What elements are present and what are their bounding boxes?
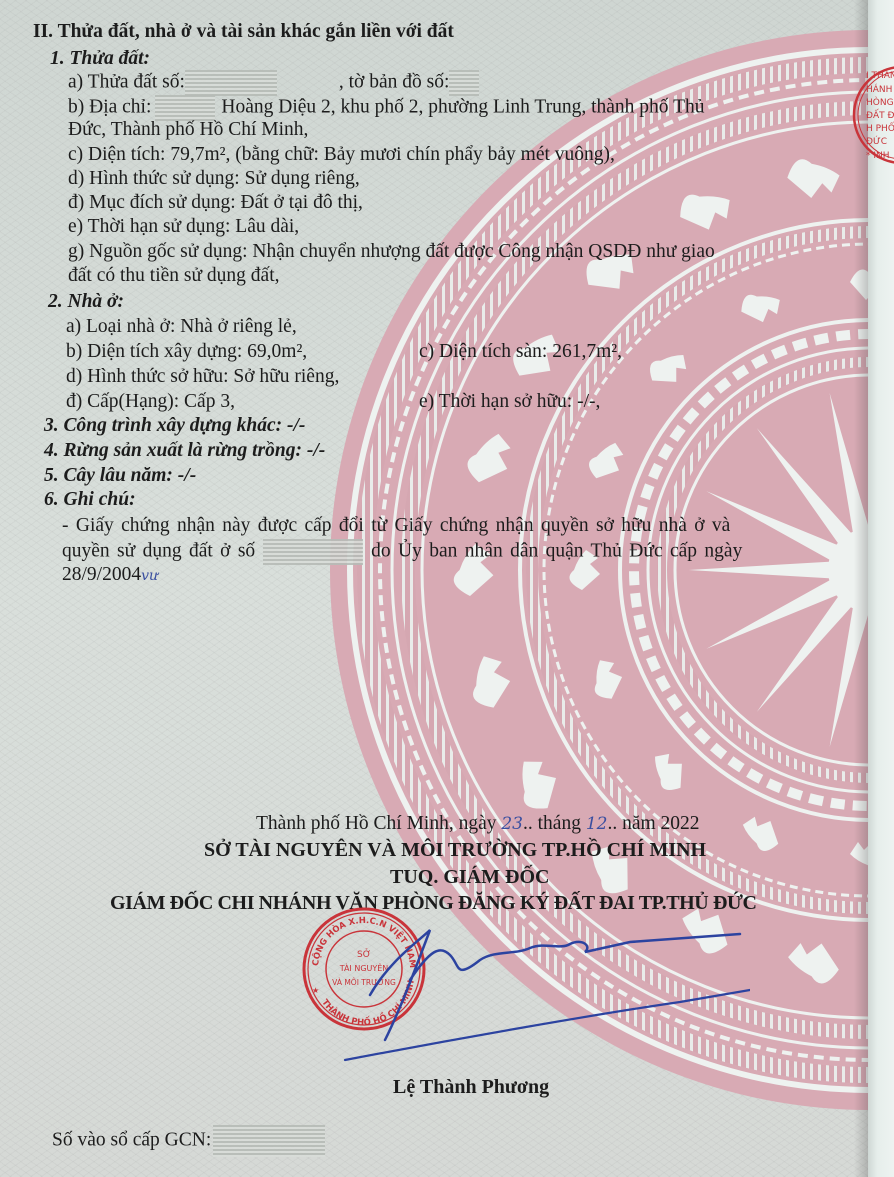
notes-line3: 28/9/2004vư	[62, 563, 158, 588]
place-date-prefix: Thành phố Hồ Chí Minh, ngày	[256, 813, 496, 834]
handwritten-day: 23	[501, 814, 523, 834]
house-ownership-term: e) Thời hạn sở hữu: -/-,	[419, 390, 600, 414]
land-use-purpose: đ) Mục đích sử dụng: Đất ở tại đô thị,	[68, 191, 363, 215]
redacted-map-sheet	[449, 70, 479, 96]
notes-heading: 6. Ghi chú:	[44, 488, 136, 512]
land-origin: g) Nguồn gốc sử dụng: Nhận chuyển nhượng…	[68, 240, 715, 264]
redacted-old-certificate-number	[263, 539, 363, 565]
svg-text:H PHỐ: H PHỐ	[866, 121, 894, 134]
on-behalf-title: TUQ. GIÁM ĐỐC	[390, 865, 549, 889]
month-label: tháng	[538, 813, 581, 834]
registry-label: Số vào sổ cấp GCN:	[52, 1129, 211, 1150]
notes-line2-end: do Ủy ban nhân dân quận Thủ Đức cấp ngày	[371, 540, 742, 561]
house-ownership-form: d) Hình thức sở hữu: Sở hữu riêng,	[66, 365, 339, 389]
svg-text:★: ★	[312, 986, 319, 995]
year-label: năm 2022	[622, 813, 699, 834]
house-grade: đ) Cấp(Hạng): Cấp 3,	[66, 390, 235, 414]
signing-place-date: Thành phố Hồ Chí Minh, ngày 23.. tháng 1…	[256, 812, 700, 836]
handwritten-signature	[330, 920, 750, 1080]
map-sheet-label: , tờ bản đồ số:	[339, 71, 450, 92]
svg-text:I THÀN: I THÀN	[866, 69, 894, 81]
svg-text:HÒNG: HÒNG	[866, 96, 894, 108]
registry-number: Số vào sổ cấp GCN:	[52, 1125, 325, 1157]
house-construction-area: b) Diện tích xây dựng: 69,0m²,	[66, 340, 307, 364]
handwritten-initials: vư	[141, 568, 158, 584]
house-floor-area: c) Diện tích sàn: 261,7m²,	[419, 340, 622, 364]
production-forest: 4. Rừng sản xuất là rừng trồng: -/-	[44, 439, 325, 463]
section-title: II. Thửa đất, nhà ở và tài sản khác gắn …	[33, 20, 454, 44]
svg-text:ĐẤT Đ: ĐẤT Đ	[866, 109, 894, 121]
certificate-page: II. Thửa đất, nhà ở và tài sản khác gắn …	[0, 0, 868, 1177]
land-heading: 1. Thửa đất:	[50, 47, 150, 71]
redacted-parcel-number	[185, 70, 277, 96]
house-type: a) Loại nhà ở: Nhà ở riêng lẻ,	[66, 315, 297, 339]
handwritten-month: 12	[586, 814, 608, 834]
issuing-authority: SỞ TÀI NGUYÊN VÀ MÔI TRƯỜNG TP.HỒ CHÍ MI…	[204, 838, 706, 862]
address-label: b) Địa chỉ:	[68, 96, 151, 117]
land-address-line2: Đức, Thành phố Hồ Chí Minh,	[68, 118, 308, 142]
land-parcel-number: a) Thửa đất số:, tờ bản đồ số:	[68, 70, 479, 96]
land-area: c) Diện tích: 79,7m², (bằng chữ: Bảy mươ…	[68, 143, 615, 167]
signer-position: GIÁM ĐỐC CHI NHÁNH VĂN PHÒNG ĐĂNG KÝ ĐẤT…	[110, 891, 757, 915]
land-use-term: e) Thời hạn sử dụng: Lâu dài,	[68, 215, 299, 239]
adjacent-page-edge	[866, 0, 894, 1177]
land-origin-line2: đất có thu tiền sử dụng đất,	[68, 264, 280, 288]
svg-text:* INH: * INH	[866, 151, 890, 161]
svg-text:HÁNH: HÁNH	[866, 83, 892, 95]
notes-line2: quyền sử dụng đất ở sốdo Ủy ban nhân dân…	[62, 539, 742, 565]
other-works: 3. Công trình xây dựng khác: -/-	[44, 414, 305, 438]
redacted-registry-number	[213, 1125, 325, 1157]
land-use-form: d) Hình thức sử dụng: Sử dụng riêng,	[68, 167, 360, 191]
address-value: Hoàng Diệu 2, khu phố 2, phường Linh Tru…	[221, 96, 704, 117]
old-issue-date: 28/9/2004	[62, 564, 141, 585]
perennial-trees: 5. Cây lâu năm: -/-	[44, 464, 196, 488]
svg-text:ĐỨC: ĐỨC	[866, 135, 887, 147]
parcel-number-label: a) Thửa đất số:	[68, 71, 185, 92]
house-heading: 2. Nhà ở:	[48, 290, 124, 314]
notes-line2-start: quyền sử dụng đất ở số	[62, 540, 255, 561]
edge-red-seal: I THÀNHÁNHHÒNGĐẤT ĐH PHỐĐỨC* INH	[852, 60, 894, 170]
notes-line1: - Giấy chứng nhận này được cấp đổi từ Gi…	[62, 514, 730, 538]
